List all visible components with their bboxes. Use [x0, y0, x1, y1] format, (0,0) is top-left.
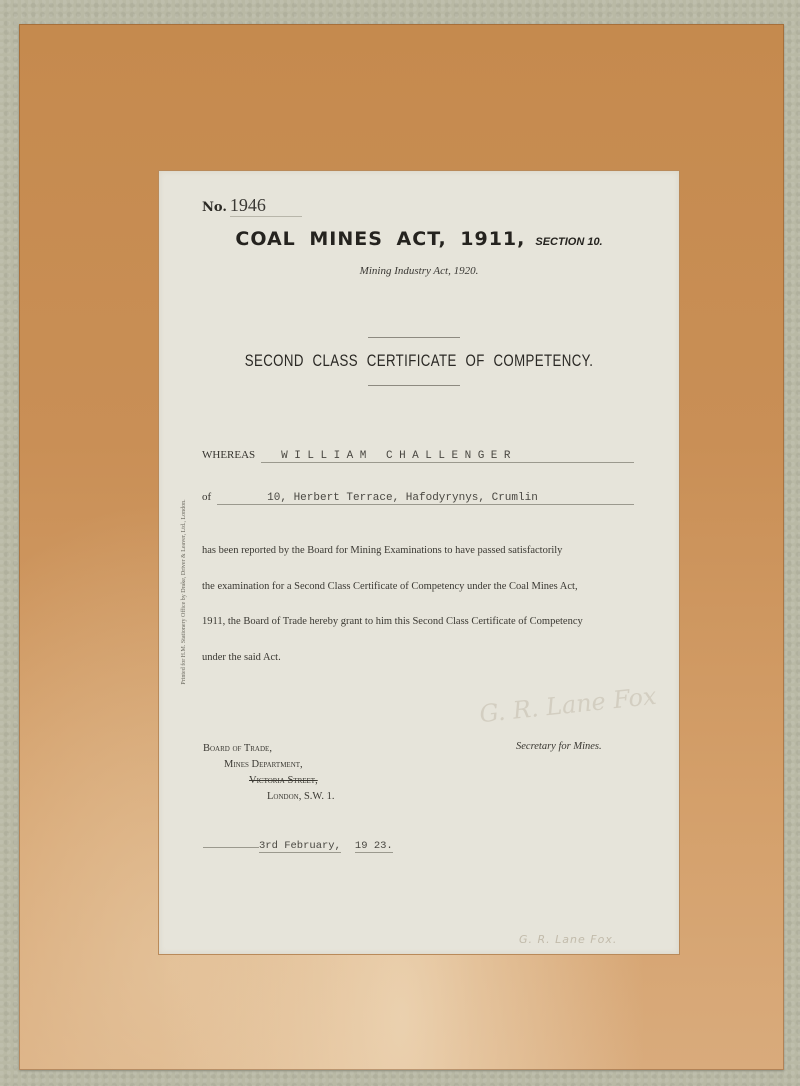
holder-address: 10, Herbert Terrace, Hafodyrynys, Crumli…	[217, 492, 634, 505]
act-title: COAL MINES ACT, 1911,	[235, 228, 525, 250]
mat-board: No. 1946 COAL MINES ACT, 1911, SECTION 1…	[19, 24, 784, 1070]
act-heading: COAL MINES ACT, 1911, SECTION 10.	[159, 228, 679, 250]
holder-row: WHEREAS WILLIAM CHALLENGER	[202, 449, 634, 463]
body-line: under the said Act.	[202, 640, 642, 676]
signature: G. R. Lane Fox	[478, 682, 658, 728]
issuer-line-4: London, S.W. 1.	[267, 789, 334, 805]
certificate-paper: No. 1946 COAL MINES ACT, 1911, SECTION 1…	[159, 171, 679, 954]
issuer-line-1: Board of Trade,	[203, 741, 272, 757]
signatory-title: Secretary for Mines.	[516, 741, 602, 752]
certificate-body: has been reported by the Board for Minin…	[202, 533, 642, 675]
printer-note: Printed for H.M. Stationery Office by Dr…	[179, 489, 189, 699]
pencil-note: G. R. Lane Fox.	[519, 933, 617, 946]
act-section: SECTION 10.	[535, 236, 602, 248]
body-line: 1911, the Board of Trade hereby grant to…	[202, 604, 642, 640]
of-label: of	[202, 491, 211, 503]
holder-name: WILLIAM CHALLENGER	[261, 450, 634, 463]
certificate-number: No. 1946	[202, 195, 302, 217]
title-rule-top	[368, 337, 460, 338]
body-line: the examination for a Second Class Certi…	[202, 569, 642, 605]
issuer-line-2: Mines Department,	[224, 757, 303, 773]
title-rule-bottom	[368, 385, 460, 386]
number-value: 1946	[230, 195, 302, 217]
certificate-title: SECOND CLASS CERTIFICATE OF COMPETENCY.	[216, 351, 622, 371]
address-row: of 10, Herbert Terrace, Hafodyrynys, Cru…	[202, 491, 634, 505]
number-prefix: No.	[202, 200, 227, 215]
date-year: 19 23.	[355, 840, 393, 853]
whereas-label: WHEREAS	[202, 449, 255, 461]
issue-date: 3rd February, 19 23.	[203, 840, 393, 853]
issuer-line-3: Victoria Street,	[249, 773, 318, 789]
body-line: has been reported by the Board for Minin…	[202, 533, 642, 569]
sub-act: Mining Industry Act, 1920.	[159, 265, 679, 277]
date-day-month: 3rd February,	[259, 840, 341, 853]
